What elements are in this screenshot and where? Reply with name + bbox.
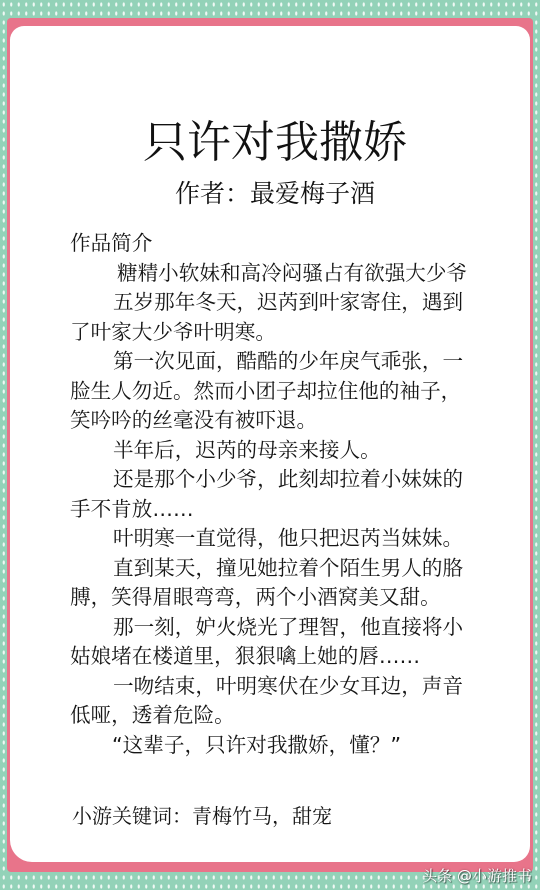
synopsis-heading: 作品简介 — [70, 229, 500, 259]
synopsis-line: 手不肯放…… — [70, 495, 500, 525]
synopsis-line: 直到某天，撞见她拉着个陌生男人的胳 — [70, 554, 500, 584]
synopsis-line: 五岁那年冬天，迟芮到叶家寄住，遇到 — [70, 288, 500, 318]
watermark: 头条 @小游推书 — [422, 866, 532, 886]
keywords-line: 小游关键词：青梅竹马，甜宠 — [72, 801, 332, 831]
synopsis-line: 叶明寒一直觉得，他只把迟芮当妹妹。 — [70, 524, 500, 554]
synopsis-line: 那一刻，妒火烧光了理智，他直接将小 — [70, 613, 500, 643]
author-line: 作者：最爱梅子酒 — [10, 176, 540, 212]
synopsis-line: 糖精小软妹和高冷闷骚占有欲强大少爷 — [70, 259, 500, 289]
synopsis-line: 了叶家大少爷叶明寒。 — [70, 318, 500, 348]
synopsis-line: 半年后，迟芮的母亲来接人。 — [70, 436, 500, 466]
synopsis-line: 笑吟吟的丝毫没有被吓退。 — [70, 406, 500, 436]
synopsis-line: 还是那个小少爷，此刻却拉着小妹妹的 — [70, 465, 500, 495]
synopsis-quote: “这辈子，只许对我撒娇，懂？” — [70, 731, 500, 761]
content-card: 只许对我撒娇 作者：最爱梅子酒 作品简介 糖精小软妹和高冷闷骚占有欲强大少爷 五… — [10, 26, 530, 862]
synopsis-line: 膊，笑得眉眼弯弯，两个小酒窝美又甜。 — [70, 583, 500, 613]
book-title: 只许对我撒娇 — [10, 116, 540, 170]
synopsis-line: 一吻结束，叶明寒伏在少女耳边，声音 — [70, 672, 500, 702]
synopsis-line: 姑娘堵在楼道里，狠狠噙上她的唇…… — [70, 642, 500, 672]
synopsis-line: 第一次见面，酷酷的少年戾气乖张，一 — [70, 347, 500, 377]
synopsis-line: 脸生人勿近。然而小团子却拉住他的袖子， — [70, 377, 500, 407]
synopsis-line: 低哑，透着危险。 — [70, 701, 500, 731]
synopsis: 作品简介 糖精小软妹和高冷闷骚占有欲强大少爷 五岁那年冬天，迟芮到叶家寄住，遇到… — [70, 229, 500, 760]
